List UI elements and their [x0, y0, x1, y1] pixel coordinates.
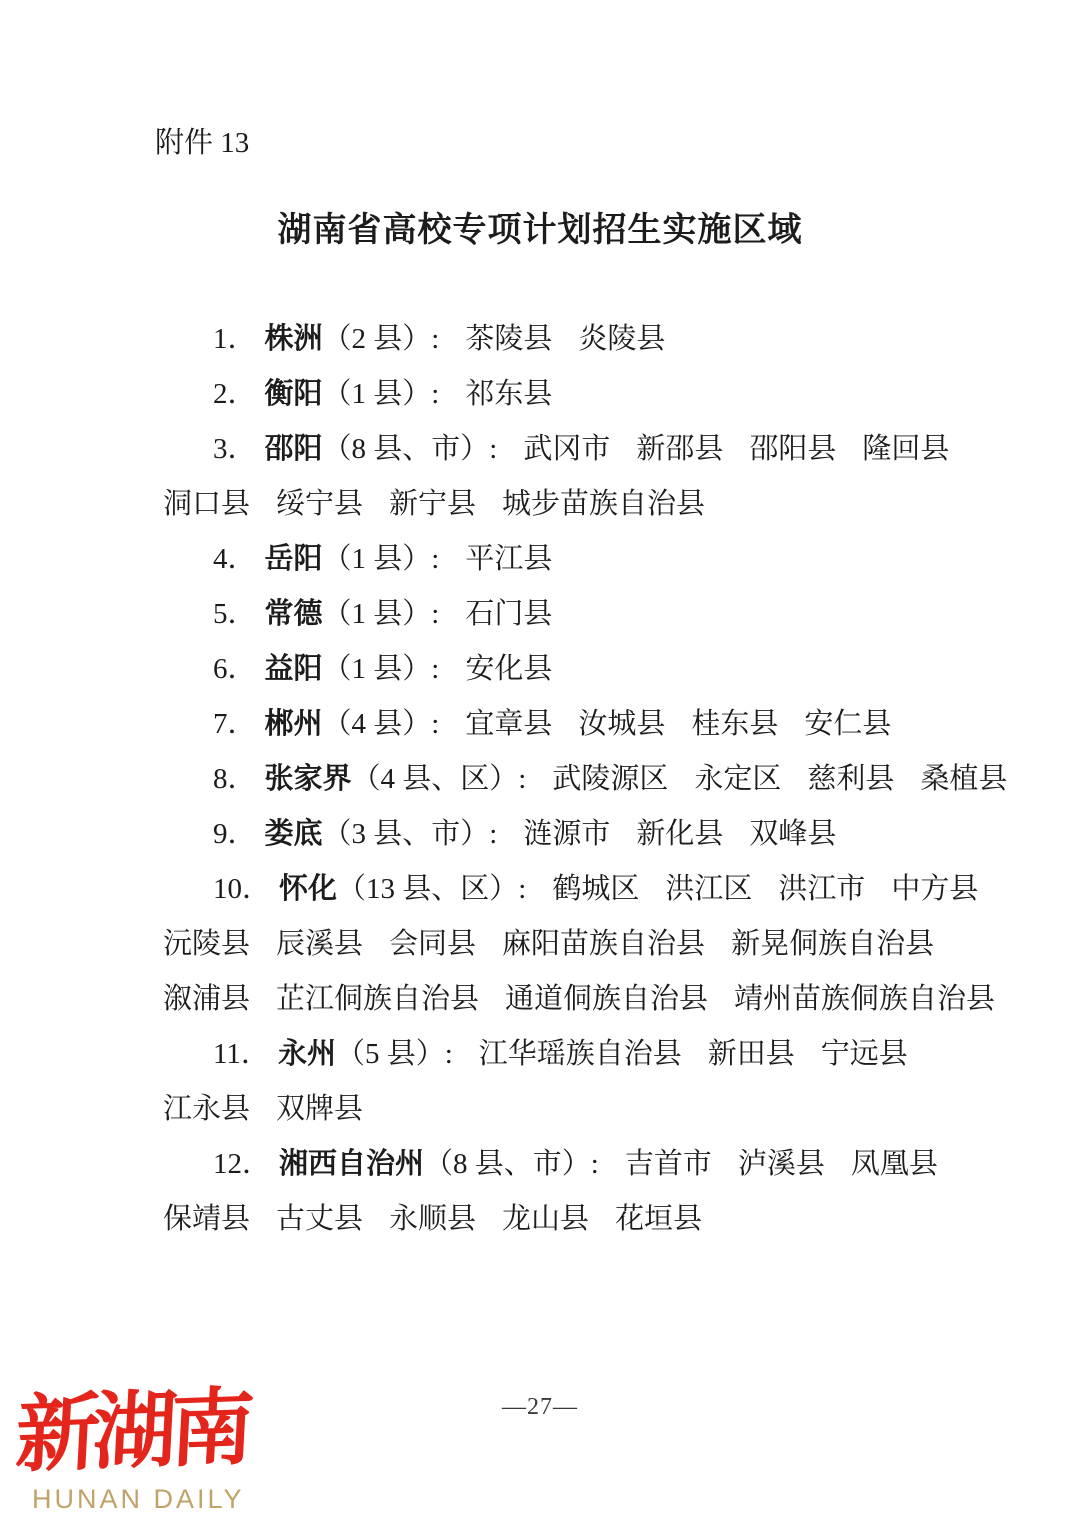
region-head: 1．株洲（2 县）: [213, 323, 439, 355]
region-line: 7．郴州（4 县）:宜章县汝城县桂东县安仁县 [163, 697, 963, 752]
region-line: 6．益阳（1 县）:安化县 [163, 642, 963, 697]
county-name: 安化县 [465, 653, 552, 685]
county-name: 龙山县 [502, 1203, 589, 1235]
county-name: 慈利县 [807, 763, 894, 795]
county-name: 靖州苗族侗族自治县 [734, 983, 995, 1015]
county-name: 双峰县 [749, 818, 836, 850]
county-name: 涟源市 [523, 818, 610, 850]
city-name: 岳阳 [265, 543, 323, 575]
region-line: 1．株洲（2 县）:茶陵县炎陵县 [163, 312, 963, 367]
region-number: 6． [213, 653, 257, 685]
county-count: （8 县、市）: [424, 1148, 599, 1180]
region-line: 8．张家界（4 县、区）:武陵源区永定区慈利县桑植县 [163, 752, 963, 807]
county-name: 新田县 [708, 1038, 795, 1070]
county-count: （3 县、市）: [323, 818, 498, 850]
region-item: 1．株洲（2 县）:茶陵县炎陵县 [163, 312, 963, 367]
region-number: 4． [213, 543, 257, 575]
page-title: 湖南省高校专项计划招生实施区域 [0, 202, 1080, 251]
county-name: 洪江区 [665, 873, 752, 905]
region-item: 6．益阳（1 县）:安化县 [163, 642, 963, 697]
city-name: 郴州 [265, 708, 323, 740]
county-name: 邵阳县 [749, 433, 836, 465]
region-head: 5．常德（1 县）: [213, 598, 439, 630]
region-line: 12．湘西自治州（8 县、市）:吉首市泸溪县凤凰县 [163, 1137, 963, 1192]
county-name: 永定区 [694, 763, 781, 795]
county-name: 保靖县 [163, 1203, 250, 1235]
logo-subtext: HUNAN DAILY [32, 1484, 245, 1515]
region-line: 10．怀化（13 县、区）:鹤城区洪江区洪江市中方县 [163, 862, 963, 917]
county-name: 泸溪县 [738, 1148, 825, 1180]
county-count: （8 县、市）: [323, 433, 498, 465]
attachment-label: 附件 13 [155, 126, 249, 161]
region-item: 3．邵阳（8 县、市）:武冈市新邵县邵阳县隆回县洞口县绥宁县新宁县城步苗族自治县 [163, 422, 963, 532]
region-head: 6．益阳（1 县）: [213, 653, 439, 685]
region-item: 9．娄底（3 县、市）:涟源市新化县双峰县 [163, 807, 963, 862]
county-name: 桂东县 [691, 708, 778, 740]
county-name: 新化县 [636, 818, 723, 850]
city-name: 怀化 [279, 873, 337, 905]
region-line: 溆浦县芷江侗族自治县通道侗族自治县靖州苗族侗族自治县 [163, 972, 963, 1027]
county-name: 安仁县 [804, 708, 891, 740]
region-number: 10． [213, 873, 271, 905]
county-name: 洪江市 [778, 873, 865, 905]
region-item: 7．郴州（4 县）:宜章县汝城县桂东县安仁县 [163, 697, 963, 752]
region-line: 4．岳阳（1 县）:平江县 [163, 532, 963, 587]
county-name: 新晃侗族自治县 [731, 928, 934, 960]
county-count: （13 县、区）: [337, 873, 526, 905]
region-line: 11．永州（5 县）:江华瑶族自治县新田县宁远县 [163, 1027, 963, 1082]
county-name: 武冈市 [523, 433, 610, 465]
city-name: 永州 [278, 1038, 336, 1070]
county-name: 炎陵县 [578, 323, 665, 355]
region-head: 9．娄底（3 县、市）: [213, 818, 497, 850]
region-list: 1．株洲（2 县）:茶陵县炎陵县2．衡阳（1 县）:祁东县3．邵阳（8 县、市）… [163, 312, 963, 1247]
region-number: 5． [213, 598, 257, 630]
region-head: 12．湘西自治州（8 县、市）: [213, 1148, 599, 1180]
county-name: 汝城县 [578, 708, 665, 740]
county-name: 凤凰县 [851, 1148, 938, 1180]
county-name: 江永县 [163, 1093, 250, 1125]
city-name: 湘西自治州 [279, 1148, 424, 1180]
region-head: 4．岳阳（1 县）: [213, 543, 439, 575]
region-head: 8．张家界（4 县、区）: [213, 763, 526, 795]
city-name: 常德 [265, 598, 323, 630]
region-head: 7．郴州（4 县）: [213, 708, 439, 740]
county-name: 洞口县 [163, 488, 250, 520]
region-item: 10．怀化（13 县、区）:鹤城区洪江区洪江市中方县沅陵县辰溪县会同县麻阳苗族自… [163, 862, 963, 1027]
region-head: 11．永州（5 县）: [213, 1038, 453, 1070]
city-name: 娄底 [265, 818, 323, 850]
region-number: 12． [213, 1148, 271, 1180]
county-name: 吉首市 [625, 1148, 712, 1180]
county-name: 绥宁县 [276, 488, 363, 520]
region-number: 8． [213, 763, 257, 795]
county-count: （5 县）: [336, 1038, 453, 1070]
county-name: 会同县 [389, 928, 476, 960]
county-count: （1 县）: [323, 598, 440, 630]
region-line: 保靖县古丈县永顺县龙山县花垣县 [163, 1192, 963, 1247]
county-count: （1 县）: [323, 653, 440, 685]
city-name: 邵阳 [265, 433, 323, 465]
county-count: （2 县）: [323, 323, 440, 355]
county-name: 宜章县 [465, 708, 552, 740]
county-count: （1 县）: [323, 543, 440, 575]
region-item: 12．湘西自治州（8 县、市）:吉首市泸溪县凤凰县保靖县古丈县永顺县龙山县花垣县 [163, 1137, 963, 1247]
county-name: 花垣县 [615, 1203, 702, 1235]
county-name: 江华瑶族自治县 [479, 1038, 682, 1070]
county-name: 茶陵县 [465, 323, 552, 355]
region-number: 7． [213, 708, 257, 740]
county-name: 中方县 [891, 873, 978, 905]
city-name: 益阳 [265, 653, 323, 685]
county-name: 溆浦县 [163, 983, 250, 1015]
county-name: 辰溪县 [276, 928, 363, 960]
county-name: 双牌县 [276, 1093, 363, 1125]
county-name: 通道侗族自治县 [505, 983, 708, 1015]
region-line: 2．衡阳（1 县）:祁东县 [163, 367, 963, 422]
county-name: 新邵县 [636, 433, 723, 465]
county-name: 沅陵县 [163, 928, 250, 960]
county-name: 新宁县 [389, 488, 476, 520]
city-name: 株洲 [265, 323, 323, 355]
county-name: 鹤城区 [552, 873, 639, 905]
region-item: 8．张家界（4 县、区）:武陵源区永定区慈利县桑植县 [163, 752, 963, 807]
region-head: 10．怀化（13 县、区）: [213, 873, 526, 905]
region-line: 洞口县绥宁县新宁县城步苗族自治县 [163, 477, 963, 532]
region-item: 11．永州（5 县）:江华瑶族自治县新田县宁远县江永县双牌县 [163, 1027, 963, 1137]
county-count: （1 县）: [323, 378, 440, 410]
county-name: 宁远县 [821, 1038, 908, 1070]
county-name: 祁东县 [465, 378, 552, 410]
county-name: 平江县 [465, 543, 552, 575]
county-name: 芷江侗族自治县 [276, 983, 479, 1015]
region-number: 9． [213, 818, 257, 850]
region-number: 3． [213, 433, 257, 465]
region-item: 5．常德（1 县）:石门县 [163, 587, 963, 642]
county-name: 城步苗族自治县 [502, 488, 705, 520]
region-head: 3．邵阳（8 县、市）: [213, 433, 497, 465]
hunan-daily-logo: 新湖南 HUNAN DAILY [0, 1385, 340, 1527]
region-item: 4．岳阳（1 县）:平江县 [163, 532, 963, 587]
region-head: 2．衡阳（1 县）: [213, 378, 439, 410]
region-line: 沅陵县辰溪县会同县麻阳苗族自治县新晃侗族自治县 [163, 917, 963, 972]
county-name: 武陵源区 [552, 763, 668, 795]
region-number: 1． [213, 323, 257, 355]
city-name: 张家界 [265, 763, 352, 795]
region-number: 11． [213, 1038, 270, 1070]
county-count: （4 县、区）: [352, 763, 527, 795]
region-line: 3．邵阳（8 县、市）:武冈市新邵县邵阳县隆回县 [163, 422, 963, 477]
region-number: 2． [213, 378, 257, 410]
region-item: 2．衡阳（1 县）:祁东县 [163, 367, 963, 422]
document-page: 附件 13 湖南省高校专项计划招生实施区域 1．株洲（2 县）:茶陵县炎陵县2．… [0, 0, 1080, 1527]
county-name: 隆回县 [862, 433, 949, 465]
region-line: 9．娄底（3 县、市）:涟源市新化县双峰县 [163, 807, 963, 862]
county-name: 石门县 [465, 598, 552, 630]
county-name: 桑植县 [920, 763, 1007, 795]
county-name: 古丈县 [276, 1203, 363, 1235]
county-name: 永顺县 [389, 1203, 476, 1235]
county-name: 麻阳苗族自治县 [502, 928, 705, 960]
city-name: 衡阳 [265, 378, 323, 410]
logo-calligraphy: 新湖南 [14, 1385, 249, 1477]
region-line: 5．常德（1 县）:石门县 [163, 587, 963, 642]
county-count: （4 县）: [323, 708, 440, 740]
region-line: 江永县双牌县 [163, 1082, 963, 1137]
